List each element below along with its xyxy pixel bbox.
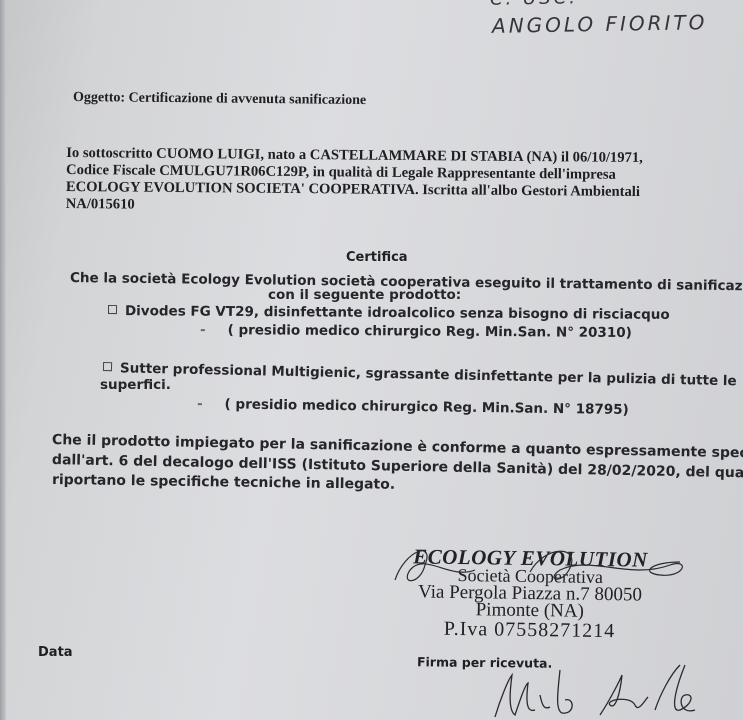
declarant-intro: Io sottoscritto CUOMO LUIGI, nato a CAST… (66, 145, 707, 219)
product-name-continuation: superfici. (100, 377, 171, 393)
product-item-2: Sutter professional Multigienic, sgrassa… (103, 360, 737, 389)
registration-text: ( presidio medico chirurgico Reg. Min.Sa… (228, 322, 632, 341)
paper-edge (0, 0, 6, 720)
handwritten-note-line1: C. USC. (490, 0, 578, 10)
company-stamp: ECOLOGY EVOLUTION Società Cooperativa Vi… (369, 546, 690, 644)
document-subject: Oggetto: Certificazione di avvenuta sani… (73, 90, 366, 109)
product-name: Sutter professional Multigienic, sgrassa… (120, 360, 737, 389)
product-item-1: Divodes FG VT29, disinfettante idroalcol… (108, 303, 670, 323)
date-label: Data (38, 645, 73, 660)
product-registration-2: -( presidio medico chirurgico Reg. Min.S… (197, 396, 629, 418)
dash-bullet-icon: - (200, 322, 206, 338)
conformity-line: riportano le specifiche tecniche in alle… (52, 472, 395, 493)
dash-bullet-icon: - (197, 396, 203, 412)
statement-line: con il seguente prodotto: (268, 287, 461, 303)
certifica-heading: Certifica (346, 250, 408, 265)
checkbox-icon (103, 362, 112, 371)
checkbox-icon (108, 305, 117, 314)
stamp-vat: P.Iva 07558271214 (369, 616, 689, 644)
product-registration-1: -( presidio medico chirurgico Reg. Min.S… (200, 322, 632, 341)
handwritten-note-line2: ANGOLO FIORITO (492, 10, 708, 38)
product-name: Divodes FG VT29, disinfettante idroalcol… (125, 303, 670, 323)
registration-text: ( presidio medico chirurgico Reg. Min.Sa… (224, 396, 628, 418)
receipt-signature-label: Firma per ricevuta. (417, 654, 552, 670)
